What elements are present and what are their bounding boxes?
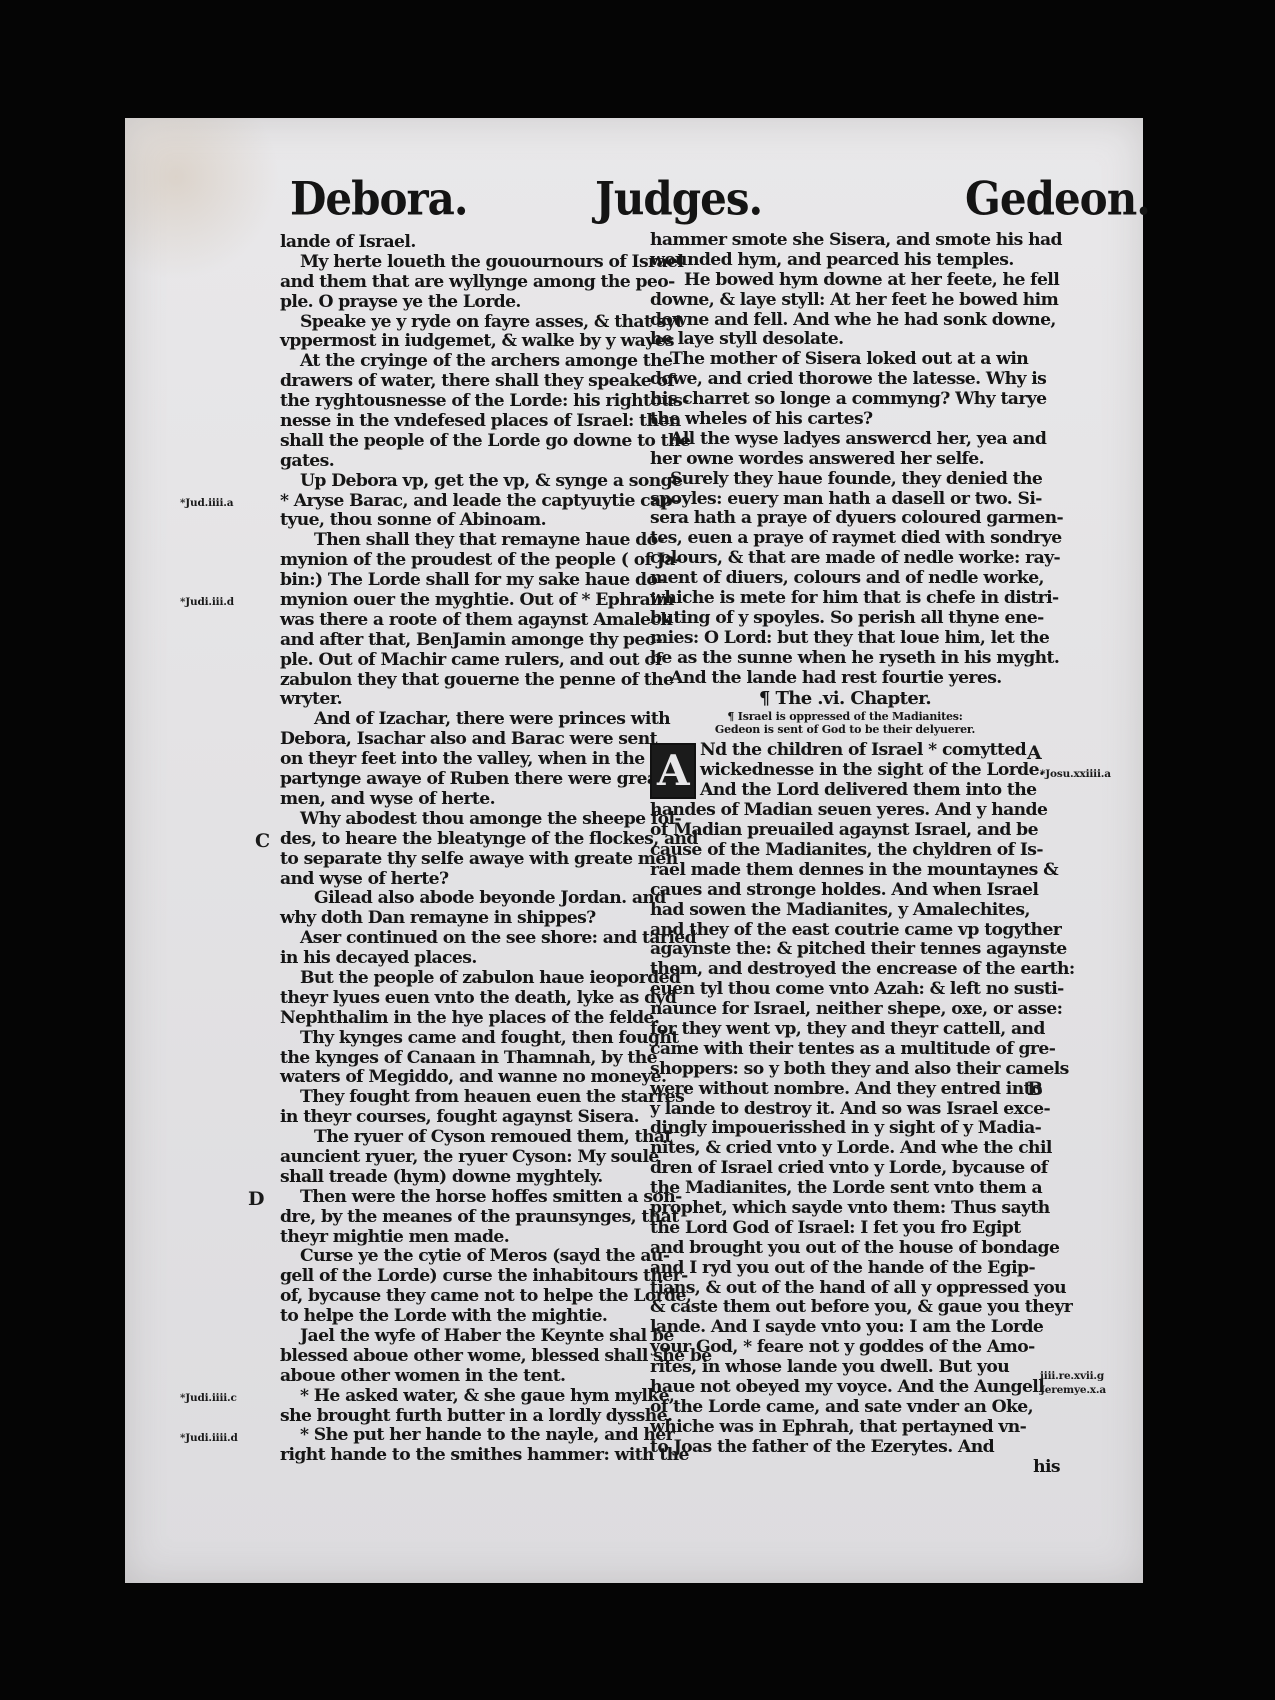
text-line: for they went vp, they and theyr cattell… (650, 1020, 1150, 1040)
text-line: y lande to destroy it. And so was Israel… (650, 1100, 1150, 1120)
text-line: He bowed hym downe at her feete, he fell (650, 271, 1150, 291)
text-line: spoyles: euery man hath a dasell or two.… (650, 490, 1150, 510)
text-line: the Lord God of Israel: I fet you fro Eg… (650, 1219, 1150, 1239)
text-line: your God, * feare not y goddes of the Am… (650, 1338, 1150, 1358)
text-line: caues and stronge holdes. And when Israe… (650, 881, 1150, 901)
text-line: agaynste the: & pitched their tennes aga… (650, 940, 1150, 960)
text-line: were without nombre. And they entred int… (650, 1080, 1150, 1100)
text-line: tians, & out of the hand of all y oppres… (650, 1279, 1150, 1299)
text-line: to Joas the father of the Ezerytes. And (650, 1438, 1150, 1458)
text-line: dowe, and cried thorowe the latesse. Why… (650, 370, 1150, 390)
illuminated-initial: A (650, 743, 696, 799)
section-letter: C (255, 830, 270, 852)
text-line: and they of the east coutrie came vp tog… (650, 921, 1150, 941)
text-line: nites, & cried vnto y Lorde. And whe the… (650, 1139, 1150, 1159)
text-line: Surely they haue founde, they denied the (650, 470, 1150, 490)
text-line: lande. And I sayde vnto you: I am the Lo… (650, 1318, 1150, 1338)
section-letter: A (1027, 742, 1042, 764)
text-line: rael made them dennes in the mountaynes … (650, 861, 1150, 881)
text-line: And the lande had rest fourtie yeres. (650, 669, 1150, 689)
running-head-right: Gedeon. (965, 172, 1150, 226)
cross-reference-note: *Josu.xxiiii.a (1040, 768, 1111, 780)
text-line: buting of y spoyles. So perish all thyne… (650, 609, 1150, 629)
text-line: Nd the children of Israel * comytted (650, 741, 1150, 761)
chapter-heading: ¶ The .vi. Chapter. (650, 688, 1040, 710)
text-line: And the Lord delivered them into the (650, 781, 1150, 801)
section-letter: B (1027, 1078, 1043, 1100)
text-line: the wheles of his cartes? (650, 410, 1150, 430)
text-line: had sowen the Madianites, y Amalechites, (650, 901, 1150, 921)
section-letter: D (248, 1188, 264, 1210)
text-line: her owne wordes answered her selfe. (650, 450, 1150, 470)
text-line: dingly impouerisshed in y sight of y Mad… (650, 1119, 1150, 1139)
cross-reference-note: *Judi.iiii.d (180, 1432, 238, 1444)
text-line: tes, euen a praye of raymet died with so… (650, 529, 1150, 549)
chapter-six-text: handes of Madian seuen yeres. And y hand… (650, 801, 1150, 1457)
text-line: came with their tentes as a multitude of… (650, 1040, 1150, 1060)
text-line: his charret so longe a commyng? Why tary… (650, 390, 1150, 410)
text-line: and I ryd you out of the hande of the Eg… (650, 1259, 1150, 1279)
text-line: downe and fell. And whe he had sonk down… (650, 311, 1150, 331)
text-line: handes of Madian seuen yeres. And y hand… (650, 801, 1150, 821)
text-line: euen tyl thou come vnto Azah: & left no … (650, 980, 1150, 1000)
text-line: be as the sunne when he ryseth in his my… (650, 649, 1150, 669)
cross-reference-note: iiii.re.xvii.g (1040, 1370, 1104, 1382)
text-line: and brought you out of the house of bond… (650, 1239, 1150, 1259)
running-head-left: Debora. (290, 172, 468, 226)
text-line: prophet, which sayde vnto them: Thus say… (650, 1199, 1150, 1219)
text-line: the Madianites, the Lorde sent vnto them… (650, 1179, 1150, 1199)
cross-reference-note: *Judi.iii.d (180, 596, 234, 608)
cross-reference-note: *Jud.iiii.a (180, 497, 233, 509)
text-line: whiche is mete for him that is chefe in … (650, 589, 1150, 609)
text-line: colours, & that are made of nedle worke:… (650, 549, 1150, 569)
text-line: of the Lorde came, and sate vnder an Oke… (650, 1398, 1150, 1418)
cross-reference-note: *Judi.iiii.c (180, 1392, 237, 1404)
text-line: ment of diuers, colours and of nedle wor… (650, 569, 1150, 589)
text-line: whiche was in Ephrah, that pertayned vn- (650, 1418, 1150, 1438)
text-line: shoppers: so y both they and also their … (650, 1060, 1150, 1080)
text-line: All the wyse ladyes answercd her, yea an… (650, 430, 1150, 450)
cross-reference-note: Jeremye.x.a (1040, 1384, 1106, 1396)
text-line: & caste them out before you, & gaue you … (650, 1298, 1150, 1318)
text-line: of Madian preuailed agaynst Israel, and … (650, 821, 1150, 841)
chapter-summary-line: ¶ Israel is oppressed of the Madianites: (650, 710, 1040, 723)
right-text-column: hammer smote she Sisera, and smote his h… (650, 231, 1150, 1477)
text-line: wounded hym, and pearced his temples. (650, 251, 1150, 271)
text-line: he laye styll desolate. (650, 330, 1150, 350)
running-head-book-title: Judges. (595, 172, 762, 226)
running-head: Debora. Judges. Gedeon. (125, 174, 1143, 234)
text-line: cause of the Madianites, the chyldren of… (650, 841, 1150, 861)
catchword: his (650, 1458, 1150, 1478)
text-line: The mother of Sisera loked out at a win (650, 350, 1150, 370)
book-page: Debora. Judges. Gedeon. lande of Israel.… (125, 118, 1143, 1583)
chapter-summary-line: Gedeon is sent of God to be their delyue… (650, 723, 1040, 736)
text-line: hammer smote she Sisera, and smote his h… (650, 231, 1150, 251)
text-line: mies: O Lord: but they that loue him, le… (650, 629, 1150, 649)
text-line: downe, & laye styll: At her feet he bowe… (650, 291, 1150, 311)
text-line: naunce for Israel, neither shepe, oxe, o… (650, 1000, 1150, 1020)
text-line: sera hath a praye of dyuers coloured gar… (650, 509, 1150, 529)
text-line: them, and destroyed the encrease of the … (650, 960, 1150, 980)
text-line: dren of Israel cried vnto y Lorde, bycau… (650, 1159, 1150, 1179)
chapter-five-conclusion: hammer smote she Sisera, and smote his h… (650, 231, 1150, 688)
